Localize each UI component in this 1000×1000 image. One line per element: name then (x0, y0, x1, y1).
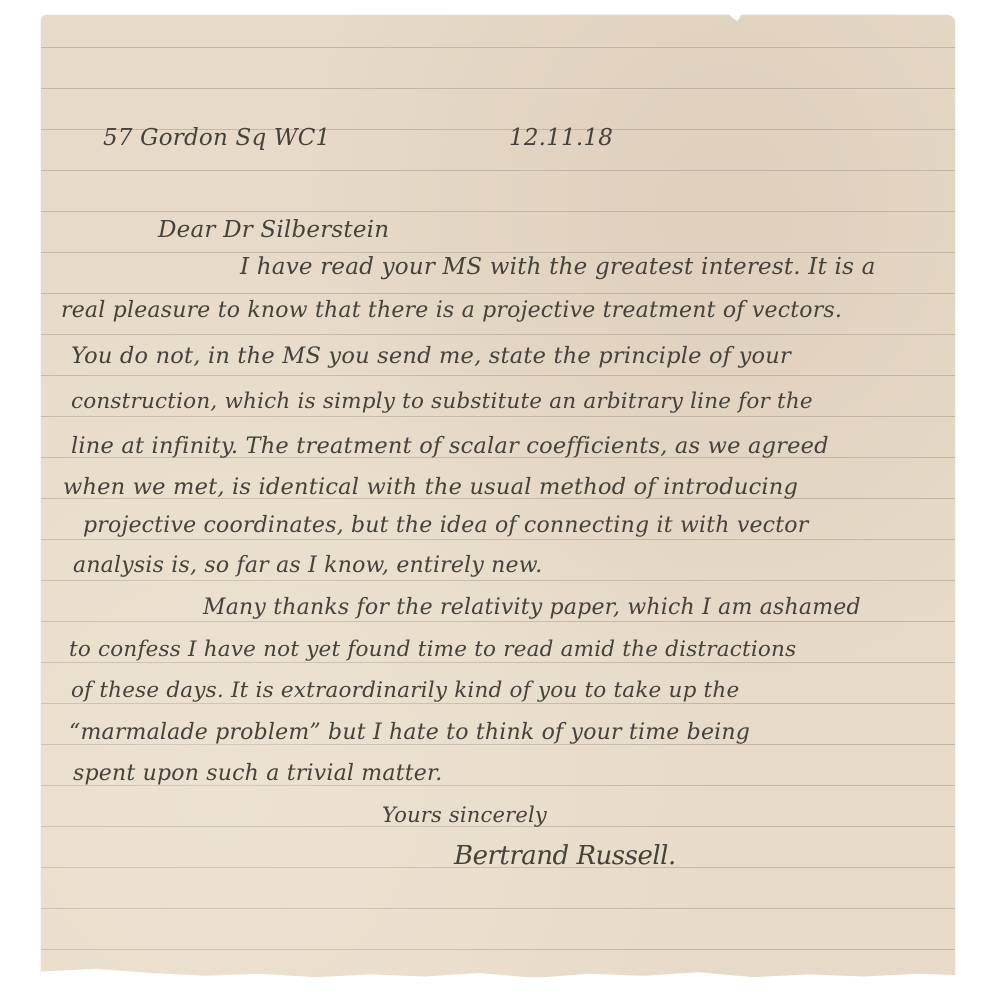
header-address: 57 Gordon Sq WC1 (103, 127, 330, 150)
page: 57 Gordon Sq WC1 12.11.18 Dear Dr Silber… (0, 0, 1000, 1000)
body-line-3: You do not, in the MS you send me, state… (71, 345, 791, 368)
body-line-12: “marmalade problem” but I hate to think … (69, 722, 750, 744)
body-line-1: I have read your MS with the greatest in… (240, 256, 876, 279)
body-line-5: line at infinity. The treatment of scala… (71, 435, 829, 458)
body-line-7: projective coordinates, but the idea of … (83, 515, 808, 537)
letter-paper: 57 Gordon Sq WC1 12.11.18 Dear Dr Silber… (41, 15, 955, 977)
closing: Yours sincerely (382, 805, 547, 826)
body-line-10: to confess I have not yet found time to … (69, 639, 796, 661)
body-line-8: analysis is, so far as I know, entirely … (73, 555, 542, 577)
signature: Bertrand Russell. (454, 843, 676, 869)
header-date: 12.11.18 (509, 127, 613, 150)
body-line-4: construction, which is simply to substit… (71, 391, 813, 413)
body-line-13: spent upon such a trivial matter. (73, 763, 442, 785)
body-line-6: when we met, is identical with the usual… (63, 476, 798, 499)
body-line-2: real pleasure to know that there is a pr… (61, 300, 842, 322)
salutation: Dear Dr Silberstein (158, 219, 389, 242)
body-line-9: Many thanks for the relativity paper, wh… (203, 597, 861, 619)
body-line-11: of these days. It is extraordinarily kin… (71, 680, 739, 702)
